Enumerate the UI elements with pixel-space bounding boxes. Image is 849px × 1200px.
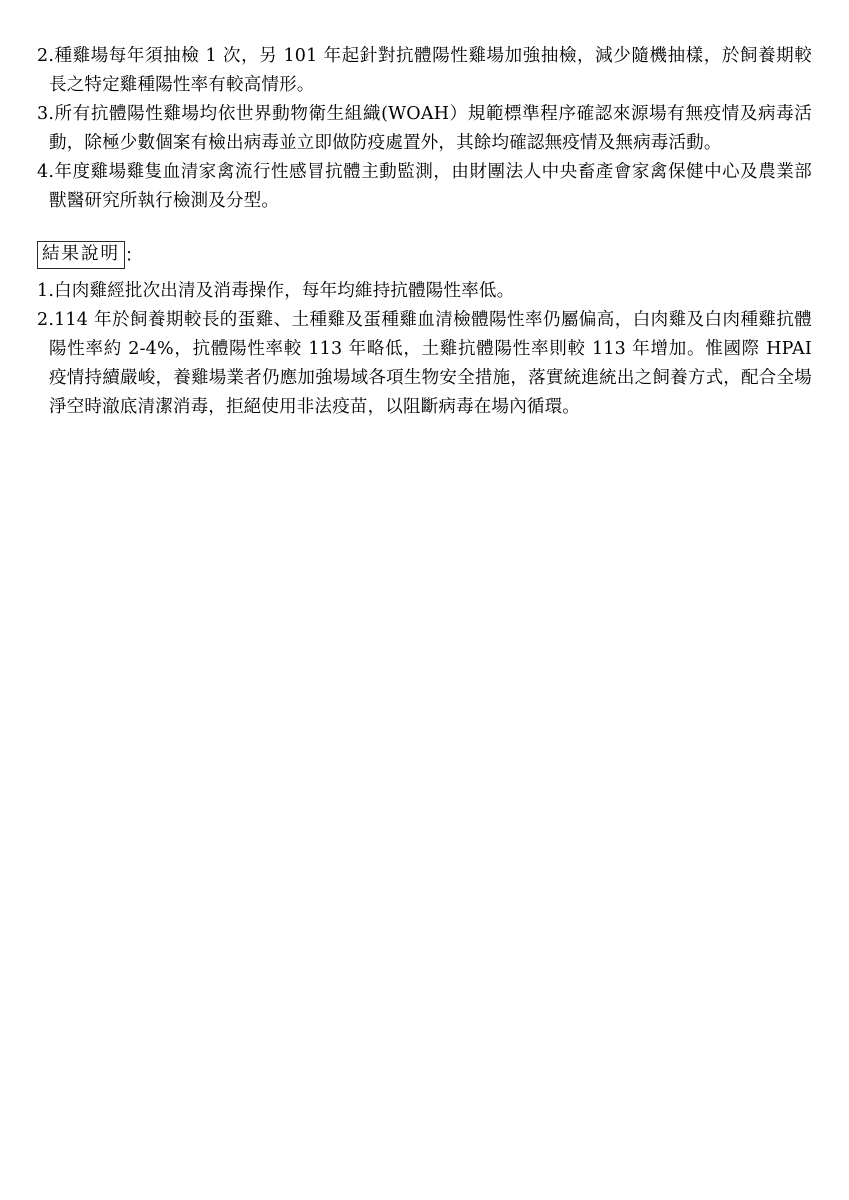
results-heading: 結果說明： [37, 240, 812, 277]
monitoring-item-2: 2.種雞場每年須抽檢 1 次，另 101 年起針對抗體陽性雞場加強抽檢，減少隨機… [37, 42, 812, 100]
results-item-1: 1.白肉雞經批次出清及消毒操作，每年均維持抗體陽性率低。 [37, 277, 812, 306]
results-item-2: 2.114 年於飼養期較長的蛋雞、土種雞及蛋種雞血清檢體陽性率仍屬偏高，白肉雞及… [37, 306, 812, 422]
document-content: 2.種雞場每年須抽檢 1 次，另 101 年起針對抗體陽性雞場加強抽檢，減少隨機… [37, 42, 812, 422]
results-heading-colon: ： [125, 240, 143, 271]
monitoring-item-3: 3.所有抗體陽性雞場均依世界動物衛生組織(WOAH）規範標準程序確認來源場有無疫… [37, 100, 812, 158]
results-heading-boxed-label: 結果說明 [37, 241, 125, 269]
document-page: 2.種雞場每年須抽檢 1 次，另 101 年起針對抗體陽性雞場加強抽檢，減少隨機… [0, 0, 849, 1200]
monitoring-item-4: 4.年度雞場雞隻血清家禽流行性感冒抗體主動監測，由財團法人中央畜產會家禽保健中心… [37, 158, 812, 216]
